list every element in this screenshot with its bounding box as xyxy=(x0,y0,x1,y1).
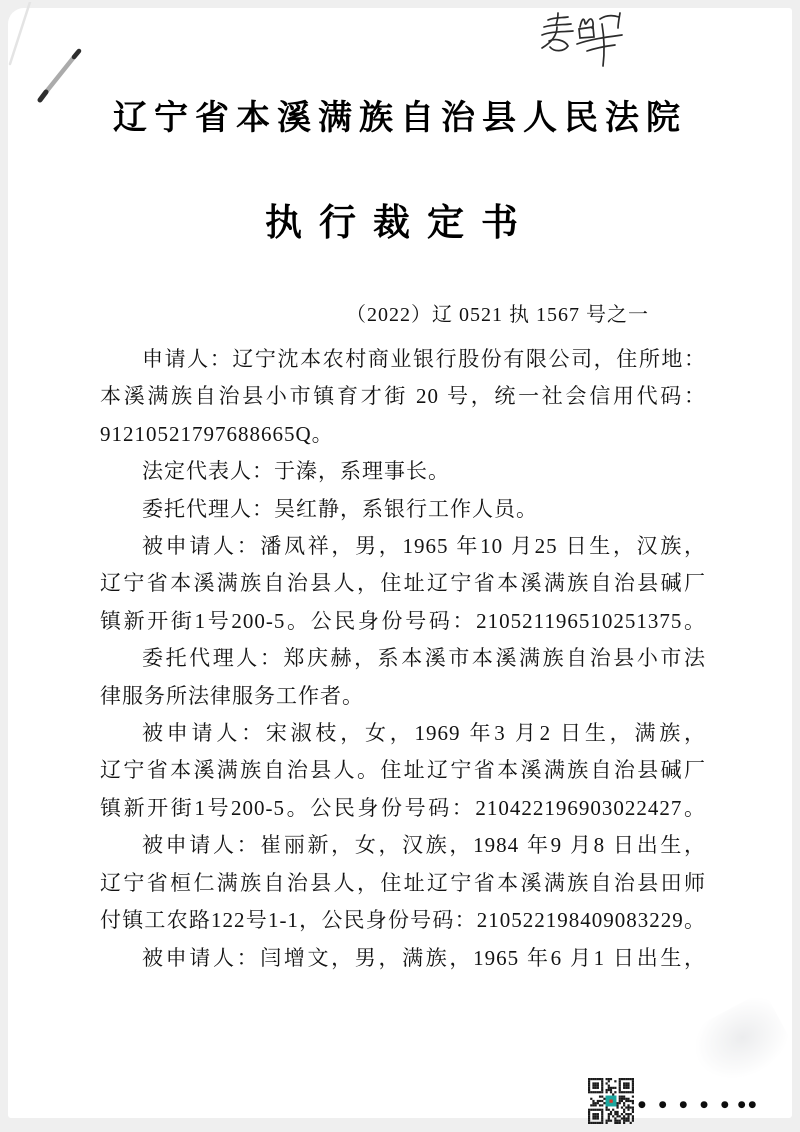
text-line: 付镇工农路122号1-1，公民身份号码：210522198409083229。 xyxy=(100,902,706,939)
text-line: 镇新开街1号200-5。公民身份号码：210422196903022427。 xyxy=(100,790,706,827)
scan-smudge xyxy=(683,991,797,1096)
paragraph: 法定代表人：于溱，系理事长。 xyxy=(100,453,706,490)
case-number: （2022）辽 0521 执 1567 号之一 xyxy=(346,298,649,327)
handwritten-signature xyxy=(534,8,630,70)
text-line: 法定代表人：于溱，系理事长。 xyxy=(100,453,706,490)
paragraph: 被申请人：潘凤祥，男，1965 年10 月25 日生，汉族，辽宁省本溪满族自治县… xyxy=(100,528,706,640)
page-fold-crease xyxy=(4,2,38,72)
qr-code xyxy=(588,1078,634,1124)
text-line: 申请人：辽宁沈本农村商业银行股份有限公司，住所地： xyxy=(100,341,706,378)
text-line: 辽宁省本溪满族自治县人，住址辽宁省本溪满族自治县碱厂 xyxy=(100,565,706,602)
document-page: 辽宁省本溪满族自治县人民法院 执行裁定书 （2022）辽 0521 执 1567… xyxy=(8,8,792,1118)
text-line: 被申请人：崔丽新，女，汉族，1984 年9 月8 日出生， xyxy=(100,827,706,864)
text-line: 委托代理人：郑庆赫，系本溪市本溪满族自治县小市法 xyxy=(100,640,706,677)
text-line: 91210521797688665Q。 xyxy=(100,416,706,453)
paragraph: 被申请人：宋淑枝，女，1969 年3 月2 日生，满族，辽宁省本溪满族自治县人。… xyxy=(100,715,706,827)
text-line: 被申请人：潘凤祥，男，1965 年10 月25 日生，汉族， xyxy=(100,528,706,565)
text-line: 辽宁省本溪满族自治县人。住址辽宁省本溪满族自治县碱厂 xyxy=(100,752,706,789)
text-line: 被申请人：闫增文，男，满族，1965 年6 月1 日出生， xyxy=(100,940,706,977)
scanned-document-viewport: { "document": { "court_name": "辽宁省本溪满族自治… xyxy=(0,0,800,1132)
text-line: 本溪满族自治县小市镇育才街 20 号，统一社会信用代码： xyxy=(100,378,706,415)
text-line: 镇新开街1号200-5。公民身份号码：210521196510251375。 xyxy=(100,603,706,640)
court-name: 辽宁省本溪满族自治县人民法院 xyxy=(8,90,792,139)
paragraph: 申请人：辽宁沈本农村商业银行股份有限公司，住所地：本溪满族自治县小市镇育才街 2… xyxy=(100,341,706,453)
document-body: 申请人：辽宁沈本农村商业银行股份有限公司，住所地：本溪满族自治县小市镇育才街 2… xyxy=(100,341,706,977)
paragraph: 被申请人：闫增文，男，满族，1965 年6 月1 日出生， xyxy=(100,940,706,977)
text-line: 律服务所法律服务工作者。 xyxy=(100,678,706,715)
paragraph: 委托代理人：郑庆赫，系本溪市本溪满族自治县小市法律服务所法律服务工作者。 xyxy=(100,640,706,715)
text-line: 被申请人：宋淑枝，女，1969 年3 月2 日生，满族， xyxy=(100,715,706,752)
footer-dots: ● ● ● ● ● ● ● xyxy=(638,1098,756,1112)
paragraph: 委托代理人：吴红静，系银行工作人员。 xyxy=(100,491,706,528)
footer-dots-main: ● ● ● ● ● xyxy=(638,1100,729,1110)
text-line: 辽宁省桓仁满族自治县人，住址辽宁省本溪满族自治县田师 xyxy=(100,865,706,902)
document-title: 执行裁定书 xyxy=(8,192,792,246)
paragraph: 被申请人：崔丽新，女，汉族，1984 年9 月8 日出生，辽宁省桓仁满族自治县人… xyxy=(100,827,706,939)
text-line: 委托代理人：吴红静，系银行工作人员。 xyxy=(100,491,706,528)
footer-dots-pair: ● ● xyxy=(738,1100,757,1110)
